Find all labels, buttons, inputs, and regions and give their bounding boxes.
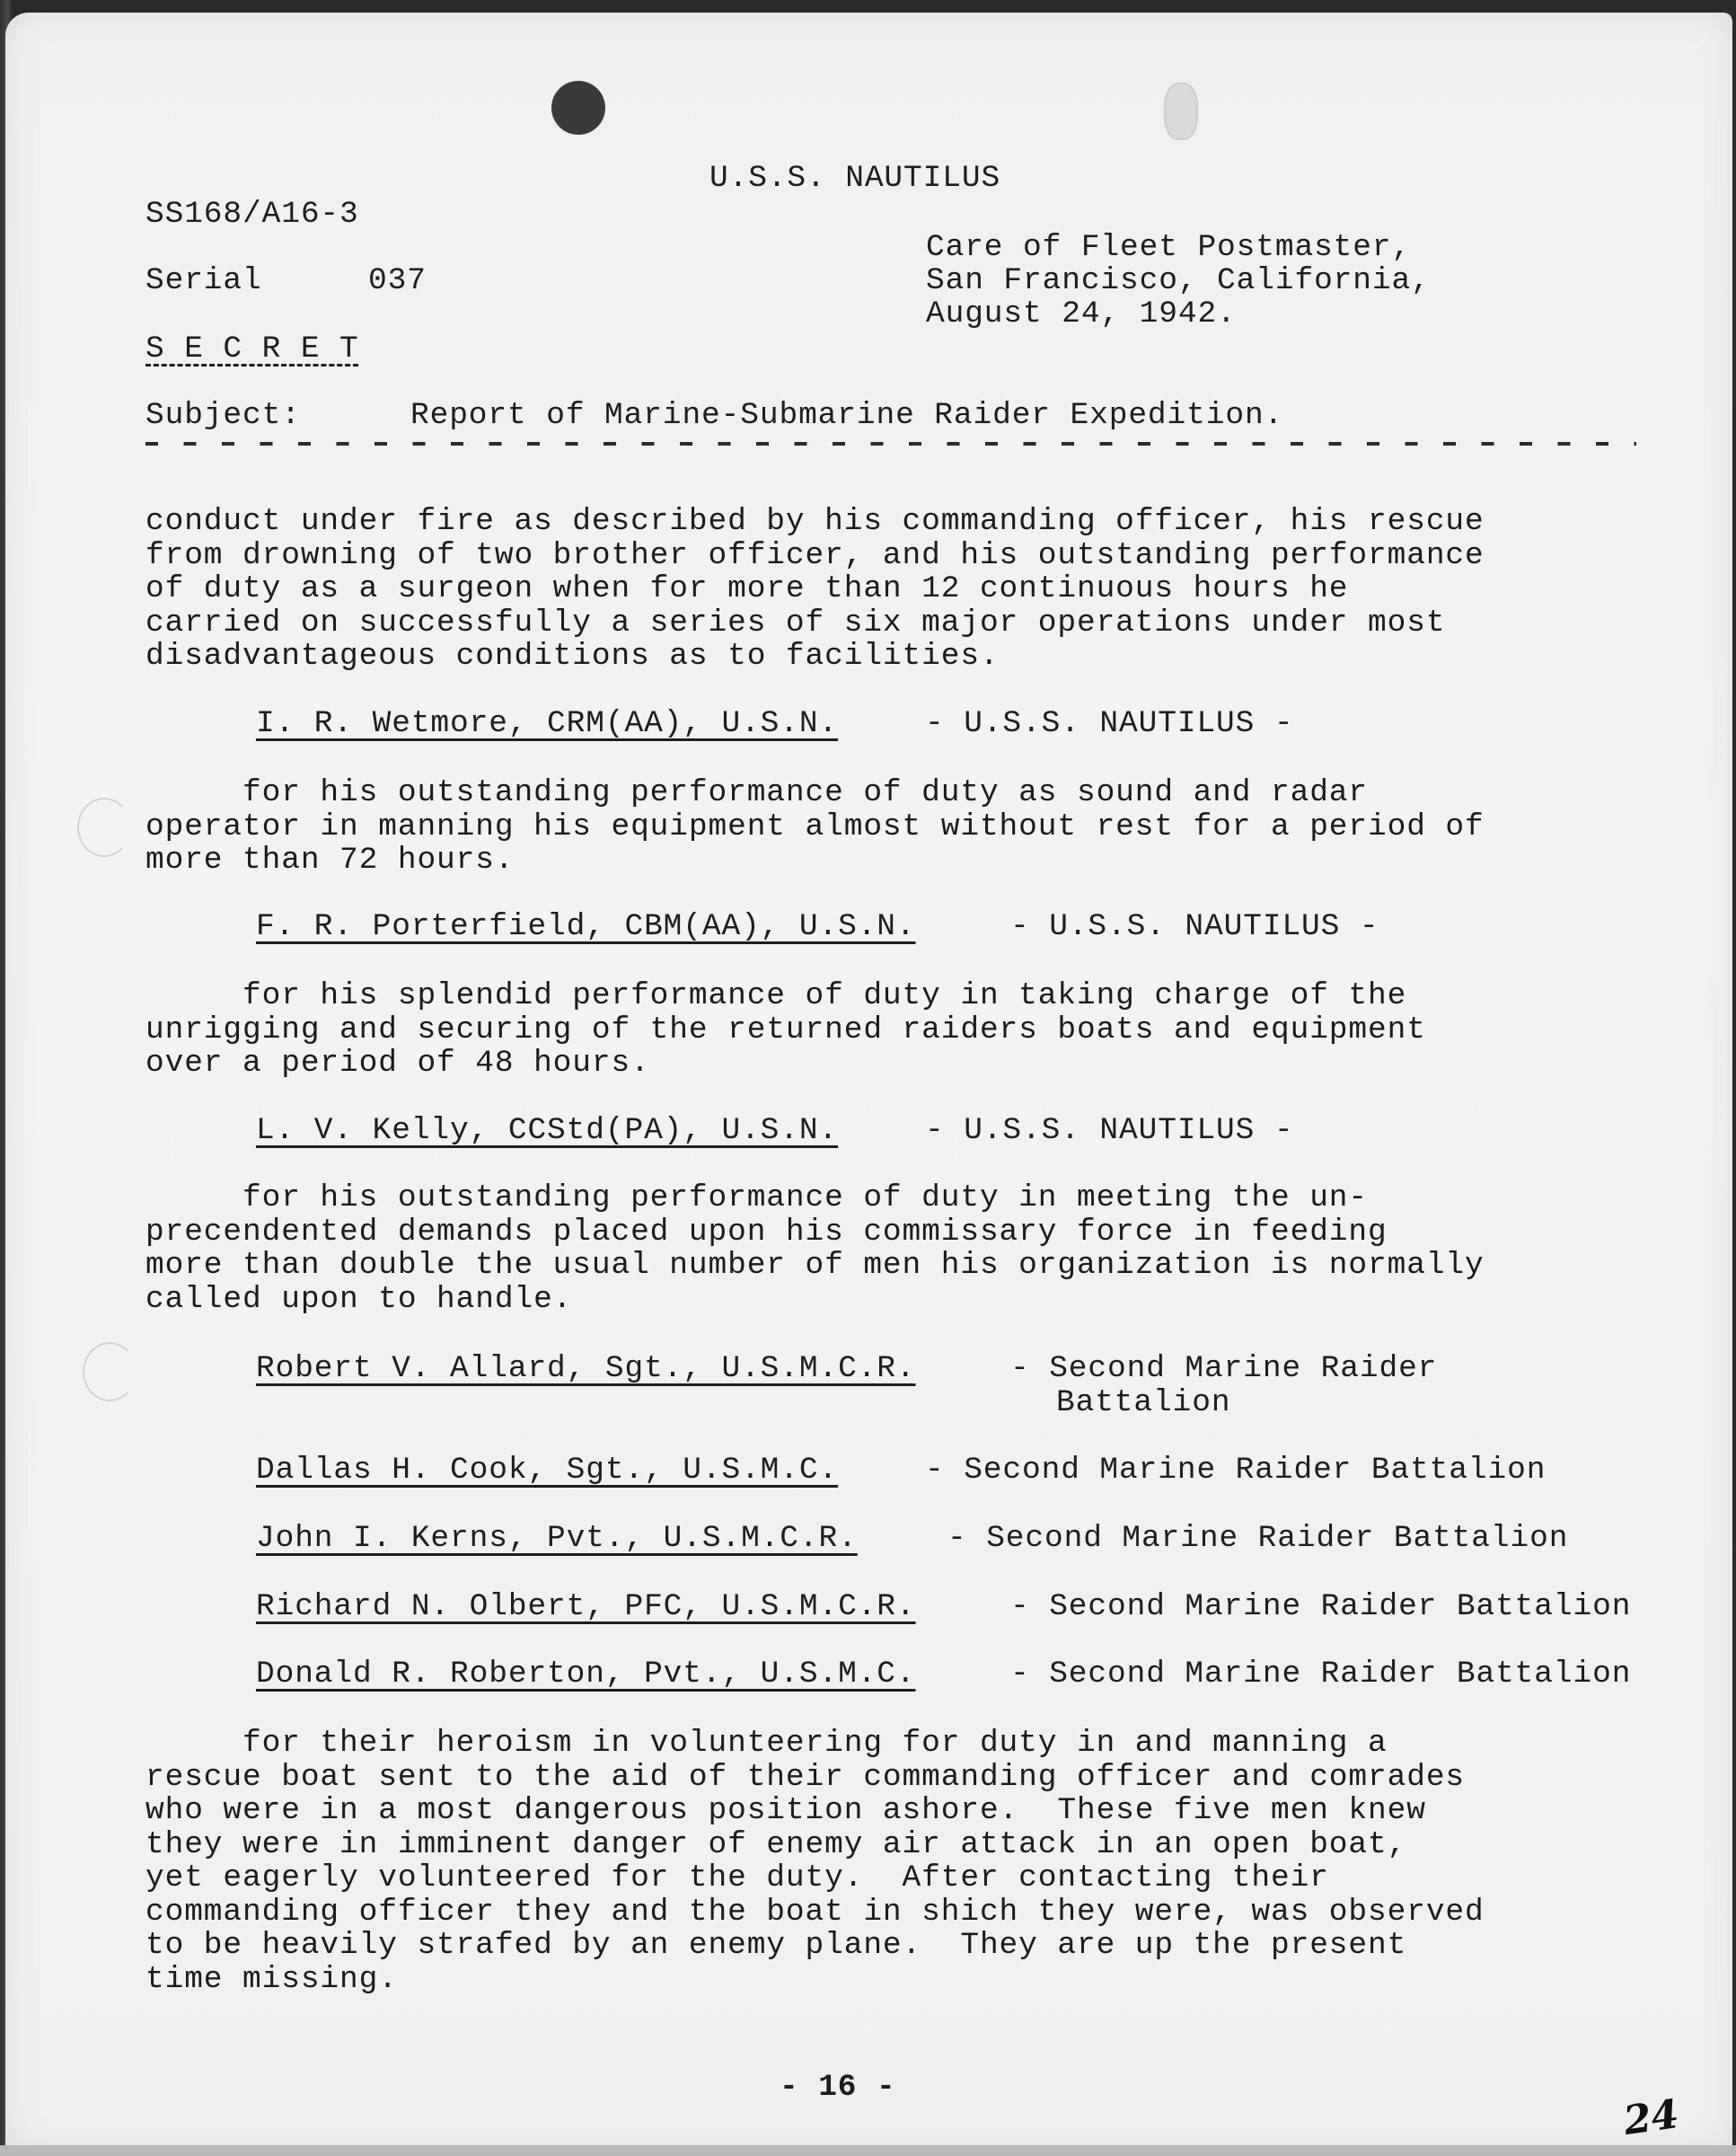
marine-unit: - Second Marine Raider Battalion <box>947 1522 1568 1556</box>
citation-paragraph: for his splendid performance of duty in … <box>145 979 1654 1081</box>
marine-unit: - Second Marine Raider <box>1010 1352 1437 1386</box>
paragraph-line: who were in a most dangerous position as… <box>145 1794 1654 1828</box>
classification-mark: S E C R E T <box>145 332 359 367</box>
paragraph-line: operator in manning his equipment almost… <box>145 810 1654 844</box>
marine-name: Donald R. Roberton, Pvt., U.S.M.C. <box>256 1657 916 1692</box>
marine-unit-continued: Battalion <box>1056 1386 1230 1420</box>
commendee-unit: - U.S.S. NAUTILUS - <box>925 707 1293 741</box>
serial-number: 037 <box>368 264 427 298</box>
citation-paragraph: for his outstanding performance of duty … <box>145 776 1654 878</box>
address-line-1: Care of Fleet Postmaster, <box>926 231 1411 265</box>
paragraph-line: conduct under fire as described by his c… <box>145 505 1654 539</box>
commendee-name: I. R. Wetmore, CRM(AA), U.S.N. <box>256 707 838 741</box>
dashed-separator <box>145 442 1636 446</box>
address-line-2: San Francisco, California, <box>926 264 1431 298</box>
punch-hole-light <box>1164 83 1198 140</box>
commendee-unit: - U.S.S. NAUTILUS - <box>1010 910 1379 944</box>
date-line: August 24, 1942. <box>926 297 1237 331</box>
paragraph-line: disadvantageous conditions as to facilit… <box>145 640 1654 674</box>
paragraph-line: precendented demands placed upon his com… <box>145 1215 1654 1250</box>
paragraph-line: rescue boat sent to the aid of their com… <box>145 1761 1654 1795</box>
paragraph-line: for his outstanding performance of duty … <box>145 776 1654 810</box>
paragraph-line: called upon to handle. <box>145 1283 1654 1317</box>
marine-name: Richard N. Olbert, PFC, U.S.M.C.R. <box>256 1590 916 1624</box>
commendee-unit: - U.S.S. NAUTILUS - <box>925 1114 1293 1148</box>
paragraph-line: for his outstanding performance of duty … <box>145 1181 1654 1215</box>
page-number: - 16 - <box>780 2071 896 2105</box>
paragraph-line: more than 72 hours. <box>145 844 1654 878</box>
handwritten-page-number: 24 <box>1621 2091 1682 2144</box>
paragraph-line: to be heavily strafed by an enemy plane.… <box>145 1929 1654 1963</box>
paragraph-line: of duty as a surgeon when for more than … <box>145 572 1654 606</box>
commendee-name: F. R. Porterfield, CBM(AA), U.S.N. <box>256 910 916 944</box>
intro-paragraph: conduct under fire as described by his c… <box>145 505 1654 674</box>
paragraph-line: yet eagerly volunteered for the duty. Af… <box>145 1861 1654 1895</box>
marine-name: Robert V. Allard, Sgt., U.S.M.C.R. <box>256 1352 916 1386</box>
paragraph-line: unrigging and securing of the returned r… <box>145 1013 1654 1047</box>
marine-unit: - Second Marine Raider Battalion <box>1010 1657 1631 1692</box>
paragraph-line: for his splendid performance of duty in … <box>145 979 1654 1013</box>
marine-unit: - Second Marine Raider Battalion <box>1010 1590 1631 1624</box>
file-code: SS168/A16-3 <box>145 198 359 232</box>
marine-unit: - Second Marine Raider Battalion <box>925 1454 1546 1488</box>
subject-label: Subject: <box>145 399 301 433</box>
paragraph-line: carried on successfully a series of six … <box>145 606 1654 641</box>
binder-hole-mark <box>77 798 131 857</box>
paragraph-line: commanding officer they and the boat in … <box>145 1895 1654 1930</box>
marine-name: John I. Kerns, Pvt., U.S.M.C.R. <box>256 1522 858 1556</box>
group-citation-paragraph: for their heroism in volunteering for du… <box>145 1727 1654 1996</box>
citation-paragraph: for his outstanding performance of duty … <box>145 1181 1654 1316</box>
punch-hole-dark <box>551 81 605 135</box>
paragraph-line: more than double the usual number of men… <box>145 1249 1654 1283</box>
paragraph-line: for their heroism in volunteering for du… <box>145 1727 1654 1761</box>
paragraph-line: from drowning of two brother officer, an… <box>145 539 1654 573</box>
binder-hole-mark <box>83 1342 137 1401</box>
paragraph-line: they were in imminent danger of enemy ai… <box>145 1828 1654 1862</box>
marine-name: Dallas H. Cook, Sgt., U.S.M.C. <box>256 1454 838 1488</box>
scan-bottom-edge <box>0 2145 1736 2156</box>
paragraph-line: time missing. <box>145 1963 1654 1997</box>
serial-label: Serial <box>145 264 262 298</box>
paragraph-line: over a period of 48 hours. <box>145 1047 1654 1081</box>
commendee-name: L. V. Kelly, CCStd(PA), U.S.N. <box>256 1114 838 1148</box>
ship-name-heading: U.S.S. NAUTILUS <box>709 162 1000 196</box>
subject-text: Report of Marine-Submarine Raider Expedi… <box>410 399 1283 433</box>
